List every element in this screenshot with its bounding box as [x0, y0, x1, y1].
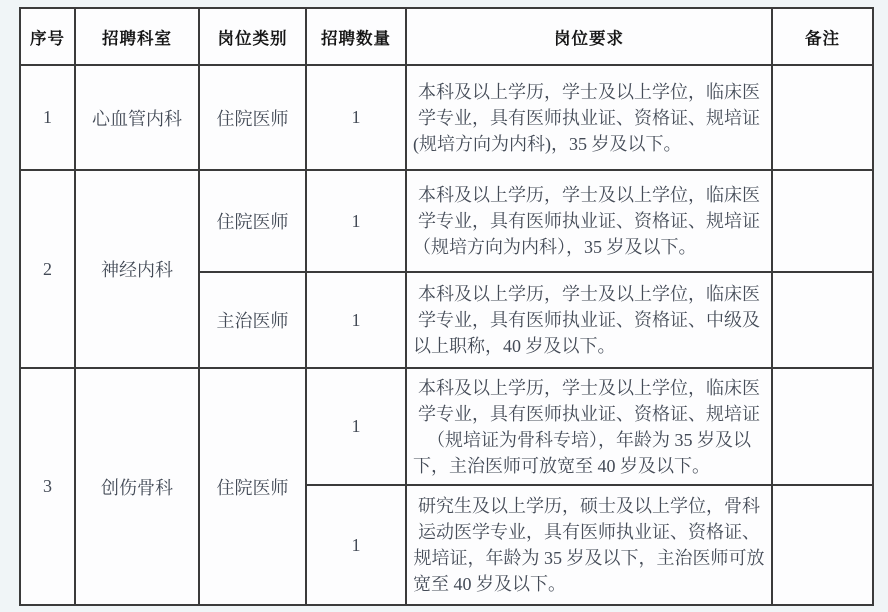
- header-requirements: 岗位要求: [406, 8, 772, 65]
- header-quantity: 招聘数量: [306, 8, 406, 65]
- table-row: 1 心血管内科 住院医师 1 本科及以上学历，学士及以上学位，临床医学专业，具有…: [20, 65, 873, 170]
- cell-position-category: 住院医师: [199, 65, 306, 170]
- cell-quantity: 1: [306, 170, 406, 272]
- table-header-row: 序号 招聘科室 岗位类别 招聘数量 岗位要求 备注: [20, 8, 873, 65]
- recruitment-table: 序号 招聘科室 岗位类别 招聘数量 岗位要求 备注 1 心血管内科 住院医师 1…: [19, 7, 874, 606]
- cell-department: 神经内科: [75, 170, 199, 368]
- cell-quantity: 1: [306, 65, 406, 170]
- cell-remark: [772, 485, 873, 605]
- table-row: 2 神经内科 住院医师 1 本科及以上学历，学士及以上学位，临床医学专业，具有医…: [20, 170, 873, 272]
- cell-serial-number: 1: [20, 65, 75, 170]
- cell-position-category: 主治医师: [199, 272, 306, 368]
- cell-serial-number: 3: [20, 368, 75, 605]
- cell-position-category: 住院医师: [199, 368, 306, 605]
- cell-requirements: 本科及以上学历，学士及以上学位，临床医学专业，具有医师执业证、资格证、规培证（规…: [406, 170, 772, 272]
- cell-requirements: 本科及以上学历，学士及以上学位，临床医学专业，具有医师执业证、资格证、规培证（规…: [406, 368, 772, 485]
- header-remarks: 备注: [772, 8, 873, 65]
- header-position-category: 岗位类别: [199, 8, 306, 65]
- cell-department: 创伤骨科: [75, 368, 199, 605]
- table-row: 3 创伤骨科 住院医师 1 本科及以上学历，学士及以上学位，临床医学专业，具有医…: [20, 368, 873, 485]
- cell-department: 心血管内科: [75, 65, 199, 170]
- cell-serial-number: 2: [20, 170, 75, 368]
- cell-requirements: 本科及以上学历，学士及以上学位，临床医学专业，具有医师执业证、资格证、中级及以上…: [406, 272, 772, 368]
- cell-remark: [772, 368, 873, 485]
- header-serial-number: 序号: [20, 8, 75, 65]
- cell-remark: [772, 272, 873, 368]
- cell-remark: [772, 65, 873, 170]
- page: 序号 招聘科室 岗位类别 招聘数量 岗位要求 备注 1 心血管内科 住院医师 1…: [0, 0, 888, 612]
- cell-quantity: 1: [306, 485, 406, 605]
- header-department: 招聘科室: [75, 8, 199, 65]
- cell-requirements: 本科及以上学历，学士及以上学位，临床医学专业，具有医师执业证、资格证、规培证(规…: [406, 65, 772, 170]
- cell-requirements: 研究生及以上学历，硕士及以上学位，骨科运动医学专业，具有医师执业证、资格证、规培…: [406, 485, 772, 605]
- cell-remark: [772, 170, 873, 272]
- cell-quantity: 1: [306, 272, 406, 368]
- cell-quantity: 1: [306, 368, 406, 485]
- cell-position-category: 住院医师: [199, 170, 306, 272]
